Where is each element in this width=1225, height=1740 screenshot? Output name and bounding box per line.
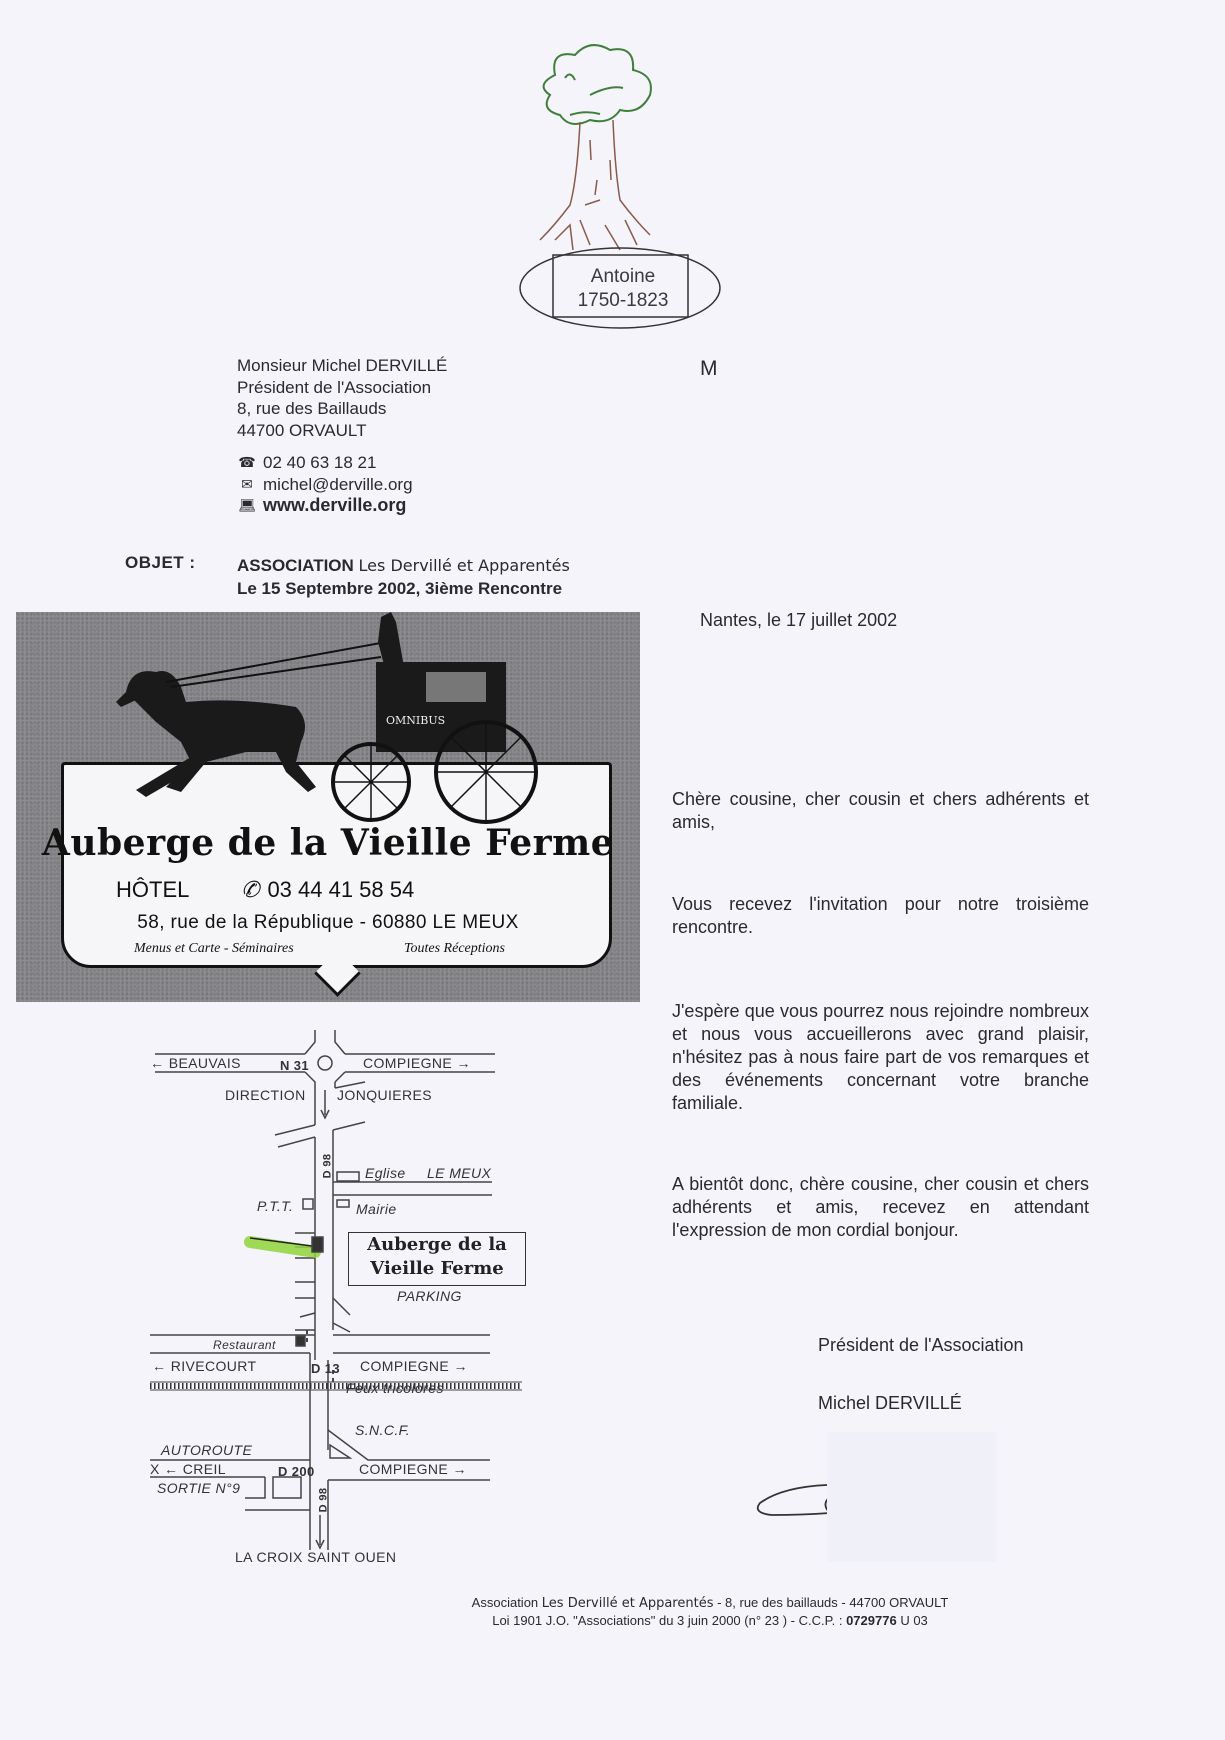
map-label-sncf: S.N.C.F. [355,1422,410,1438]
map-label-sortie: SORTIE N°9 [157,1480,240,1496]
map-label-compiegne-top: COMPIEGNE → [363,1055,471,1071]
sender-phone: 02 40 63 18 21 [263,452,376,474]
sender-website[interactable]: www.derville.org [263,495,406,517]
objet-label: OBJET : [125,553,196,573]
map-label-compiegne-mid: COMPIEGNE → [360,1358,468,1374]
horse-carriage-illustration-icon: OMNIBUS [86,612,606,837]
letter-closing: A bientôt donc, chère cousine, cher cous… [672,1173,1089,1242]
sender-title: Président de l'Association [237,377,447,399]
map-label-n31: N 31 [280,1058,309,1073]
map-label-d13: D 13 [311,1361,340,1376]
svg-text:OMNIBUS: OMNIBUS [386,714,445,727]
letter-paragraph: Vous recevez l'invitation pour notre tro… [672,893,1089,939]
sender-city: 44700 ORVAULT [237,420,447,442]
letter-paragraph: J'espère que vous pourrez nous rejoindre… [672,1000,1089,1115]
map-label-d98-bottom: D 98 [317,1488,329,1513]
objet-association: ASSOCIATION Les Dervillé et Apparentés [237,556,570,576]
advert-hotel: HÔTEL [116,877,189,903]
signature-name: Michel DERVILLÉ [818,1393,962,1414]
redacted-signature-area [827,1432,997,1562]
map-label-jonquieres: JONQUIERES [337,1087,432,1103]
advert-title: Auberge de la Vieille Ferme [16,822,640,864]
ancestor-name: Antoine [553,266,693,288]
map-label-autoroute: AUTOROUTE [161,1442,252,1458]
recipient-initial: M [700,357,718,381]
map-label-d200: D 200 [278,1464,315,1479]
footer: Association Les Dervillé et Apparentés -… [430,1594,990,1629]
map-label-mairie: Mairie [356,1201,397,1217]
mailbox-icon: ✉ [237,474,257,496]
map-destination-box: Auberge de la Vieille Ferme [348,1232,526,1286]
map-label-feux-tricolores: Feux tricolores [346,1380,444,1396]
advert-phone: ✆03 44 41 58 54 [241,877,414,903]
map-label-direction: DIRECTION [225,1087,306,1103]
map-label-rivecourt: ← RIVECOURT [152,1358,257,1374]
phone-circle-icon: ✆ [241,878,259,903]
handwritten-signature-icon [752,1475,832,1525]
telephone-icon: ☎ [237,452,257,474]
map-label-restaurant: Restaurant [213,1338,276,1352]
map-label-beauvais: ← BEAUVAIS [150,1055,241,1071]
map-label-ptt: P.T.T. [257,1198,293,1214]
footer-line-2: Loi 1901 J.O. "Associations" du 3 juin 2… [430,1612,990,1629]
map-label-creil: X ← CREIL [150,1461,226,1477]
advert-address: 58, rue de la République - 60880 LE MEUX [16,912,640,934]
footer-line-1: Association Les Dervillé et Apparentés -… [430,1594,990,1612]
map-label-eglise: Eglise [365,1165,406,1181]
map-label-d98-top: D 98 [321,1154,333,1179]
sender-contact-block: ☎02 40 63 18 21 ✉michel@derville.org 💻︎w… [237,452,413,517]
sender-street: 8, rue des Baillauds [237,398,447,420]
auberge-advert: OMNIBUS Auberge de la Vieille Ferme HÔTE… [16,612,640,1002]
map-label-parking: PARKING [397,1288,462,1304]
letter-date: Nantes, le 17 juillet 2002 [700,610,897,631]
advert-tagline-right: Toutes Réceptions [404,941,505,957]
sender-name: Monsieur Michel DERVILLÉ [237,355,447,377]
advert-tagline-left: Menus et Carte - Séminaires [134,941,294,957]
objet-association-bold: ASSOCIATION [237,556,354,575]
ancestor-dates: 1750-1823 [553,290,693,312]
map-label-compiegne-bottom: COMPIEGNE → [359,1461,467,1477]
letter-greeting: Chère cousine, cher cousin et chers adhé… [672,788,1089,834]
map-label-la-croix-saint-ouen: LA CROIX SAINT OUEN [235,1549,396,1565]
sender-email[interactable]: michel@derville.org [263,474,413,496]
map-label-le-meux: LE MEUX [427,1165,491,1181]
objet-event: Le 15 Septembre 2002, 3ième Rencontre [237,579,562,599]
sender-address-block: Monsieur Michel DERVILLÉ Président de l'… [237,355,447,441]
access-map [140,1030,540,1580]
computer-icon: 💻︎ [237,495,257,517]
signature-title: Président de l'Association [818,1335,1024,1356]
objet-association-name: Les Dervillé et Apparentés [359,556,570,575]
